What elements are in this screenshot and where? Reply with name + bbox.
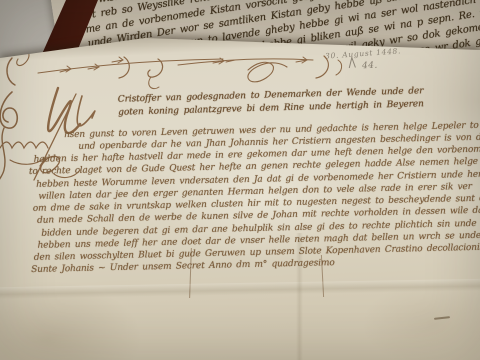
photo-frame: ub fro stad warne lande lo de wislik pes…: [0, 0, 480, 360]
stray-ink-mark: [434, 316, 450, 320]
vertical-crease: [296, 233, 303, 360]
charter-body-text: nsen gunst to voren Leven getruwen wes d…: [28, 121, 480, 291]
charter-sheet: 30. August 1448. 44.: [0, 0, 480, 360]
pencil-number-annotation: 44.: [362, 61, 378, 72]
